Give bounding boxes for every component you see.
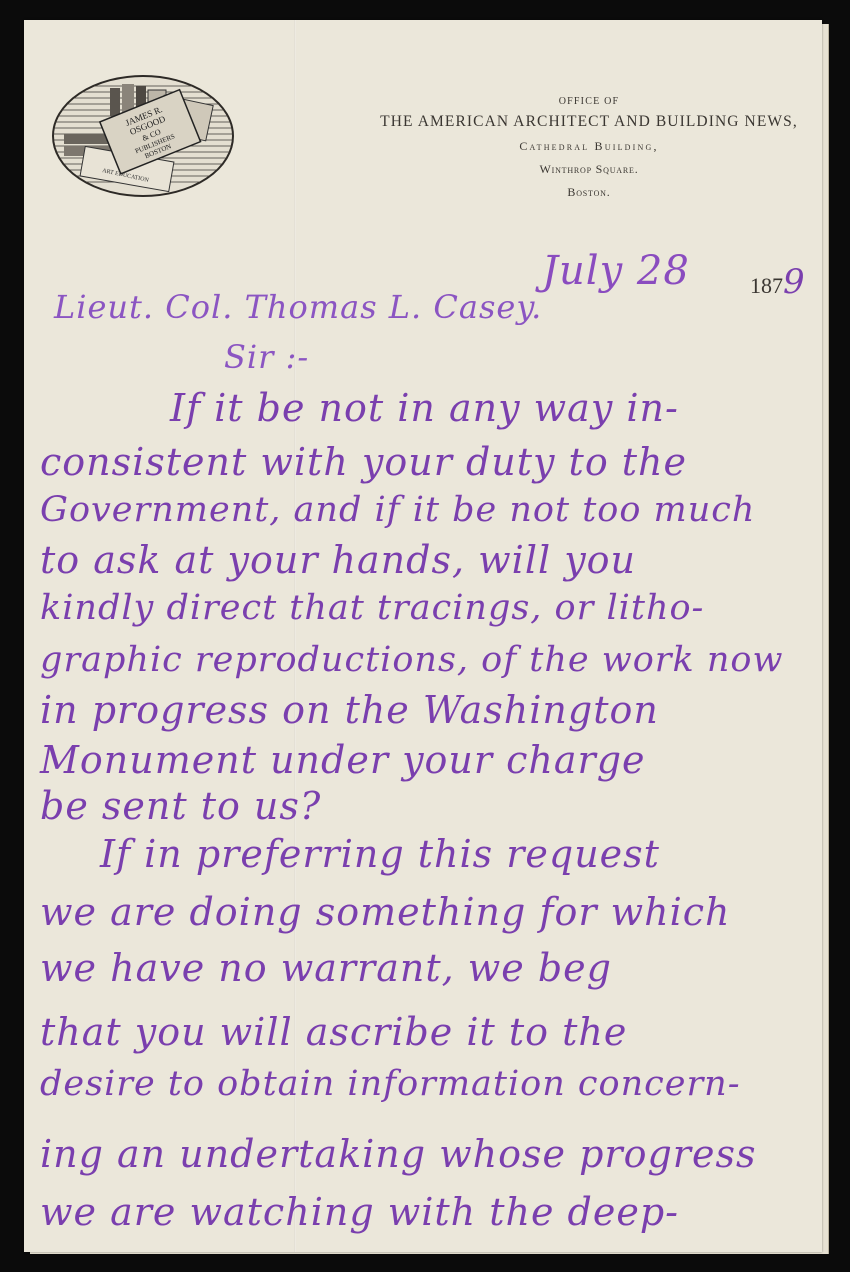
letterhead-city: Boston. [364, 185, 814, 200]
letter-line: that you will ascribe it to the [40, 1010, 627, 1054]
letterhead-office-of: OFFICE OF [364, 96, 814, 107]
publisher-logo-engraving: JAMES R. OSGOOD & CO PUBLISHERS BOSTON A… [50, 72, 236, 200]
letter-line: we are doing something for which [40, 890, 731, 934]
addressee: Lieut. Col. Thomas L. Casey. [54, 288, 542, 326]
letter-line: be sent to us? [40, 784, 321, 828]
letter-line: kindly direct that tracings, or litho- [40, 588, 704, 628]
handwritten-date: July 28 [542, 248, 690, 294]
letterhead-building: Cathedral Building, [364, 139, 814, 154]
salutation: Sir :- [224, 338, 309, 376]
letter-line: If it be not in any way in- [170, 386, 679, 430]
letterhead-title: THE AMERICAN ARCHITECT AND BUILDING NEWS… [364, 113, 814, 131]
letterhead: OFFICE OF THE AMERICAN ARCHITECT AND BUI… [364, 96, 814, 208]
letter-line: we have no warrant, we beg [40, 946, 612, 990]
handwritten-year-digit: 9 [783, 262, 805, 302]
letter-line: Monument under your charge [40, 738, 646, 782]
letter-line: graphic reproductions, of the work now [40, 640, 783, 680]
letter-line: in progress on the Washington [40, 688, 659, 732]
letter-line: we are watching with the deep- [40, 1190, 679, 1234]
letter-line: to ask at your hands, will you [40, 538, 636, 582]
letter-line: consistent with your duty to the [40, 440, 687, 484]
letterhead-square: Winthrop Square. [364, 162, 814, 177]
letter-line: If in preferring this request [100, 832, 660, 876]
letter-line: ing an undertaking whose progress [40, 1132, 756, 1176]
printed-year-prefix: 187 [750, 273, 783, 298]
letter-line: desire to obtain information concern- [40, 1064, 741, 1104]
date-year: 1879 [750, 262, 805, 302]
letter-line: Government, and if it be not too much [40, 490, 755, 530]
letter-page: JAMES R. OSGOOD & CO PUBLISHERS BOSTON A… [24, 20, 822, 1252]
